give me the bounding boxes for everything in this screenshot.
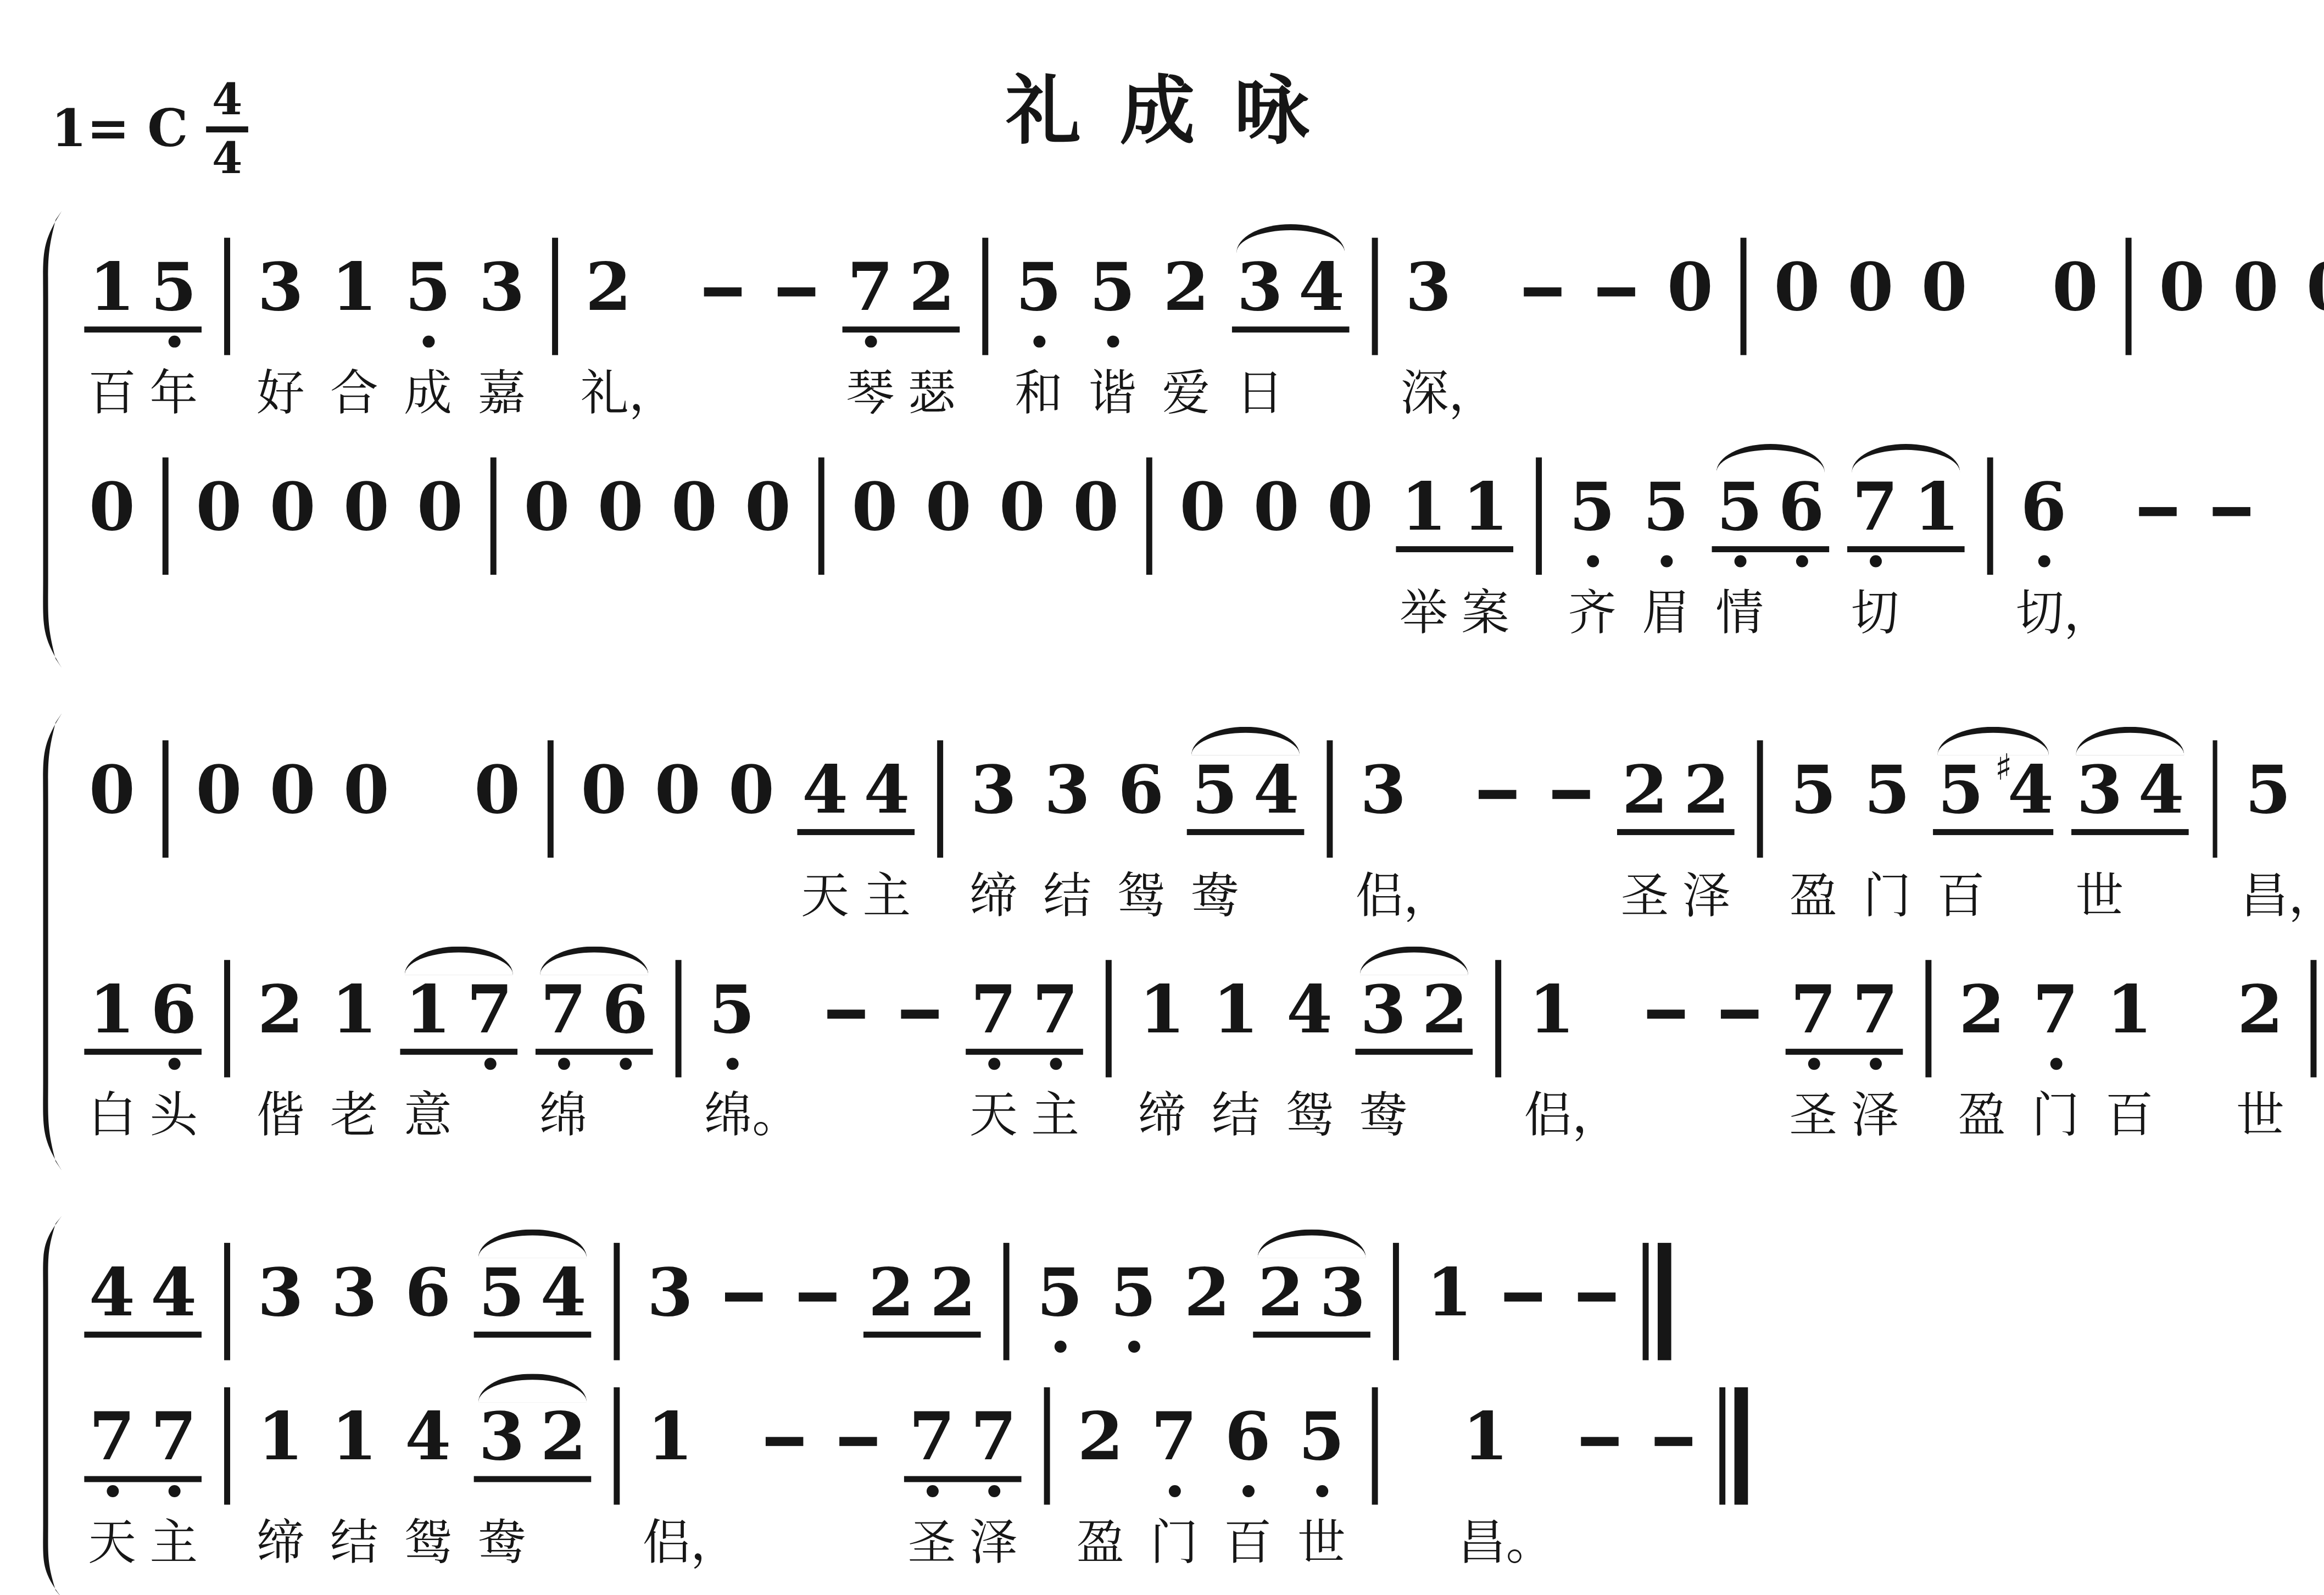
note-group: 1侣， bbox=[639, 1369, 742, 1583]
octave-dot-cell bbox=[1709, 554, 1770, 578]
note-cell: 3 bbox=[471, 1399, 532, 1483]
lyric-syllable bbox=[532, 1508, 594, 1583]
octave-dot-cell bbox=[336, 837, 397, 861]
lyric-syllable bbox=[2225, 358, 2286, 434]
note-group: 0 bbox=[664, 440, 725, 653]
note-digit: 1 bbox=[89, 250, 135, 328]
digits: 0 bbox=[664, 469, 725, 553]
note-cell: 1 bbox=[81, 972, 143, 1056]
lyric-syllable: 主 bbox=[1024, 1080, 1086, 1155]
lyric-row: 深， bbox=[1397, 358, 1500, 434]
lyric-row bbox=[929, 860, 950, 936]
lyric-syllable: 百 bbox=[1217, 1508, 1279, 1583]
barline-cell bbox=[668, 972, 689, 1056]
digits bbox=[1749, 752, 1770, 836]
octave-dot-row bbox=[1418, 1339, 1480, 1363]
lyric-syllable: 百 bbox=[2098, 1080, 2160, 1155]
note-cell: 0 bbox=[1065, 469, 1127, 553]
octave-dot-cell bbox=[466, 837, 528, 861]
rest-digit: 0 bbox=[474, 752, 520, 830]
lyric-row: 绵 bbox=[532, 1080, 656, 1155]
note-digit: 5 bbox=[1938, 752, 1984, 830]
note-digit: 2 bbox=[540, 1399, 587, 1477]
lyric-syllable bbox=[647, 860, 709, 936]
lyric-syllable: 泽 bbox=[963, 1508, 1024, 1583]
note-group: 5盈 bbox=[1782, 723, 1844, 936]
rest-digit: 0 bbox=[581, 752, 627, 830]
octave-dot-row bbox=[963, 837, 1024, 861]
octave-dot-row bbox=[1352, 1056, 1476, 1080]
beamed-digits: 34 bbox=[1229, 250, 1352, 334]
octave-dot-row bbox=[918, 554, 979, 578]
note-group: 0 bbox=[336, 440, 397, 653]
octave-dot-cell bbox=[397, 1339, 459, 1363]
beam-group: 11举案 bbox=[1393, 440, 1517, 653]
lyric-row bbox=[606, 1508, 627, 1583]
arc-row bbox=[1205, 942, 1267, 972]
note-digit: 5 bbox=[709, 972, 755, 1050]
note-group: 6切， bbox=[2013, 440, 2115, 653]
digits: 1 bbox=[639, 1399, 742, 1483]
rest-digit: 0 bbox=[1180, 469, 1226, 547]
low-octave-dot bbox=[926, 1485, 938, 1497]
arc-row bbox=[397, 220, 459, 250]
lyric-syllable: 齐 bbox=[1562, 578, 1623, 653]
digits bbox=[827, 1399, 889, 1483]
lyric-row: 鸯 bbox=[1184, 860, 1307, 936]
duration-dash bbox=[754, 1369, 815, 1583]
lyric-row bbox=[1172, 578, 1233, 653]
octave-dot-cell bbox=[1069, 1483, 1131, 1508]
barline bbox=[606, 1225, 627, 1363]
octave-dot-cell bbox=[409, 554, 471, 578]
lyric-syllable bbox=[81, 860, 143, 936]
system-bracket bbox=[33, 1225, 63, 1589]
note-cell: 7 bbox=[963, 972, 1024, 1056]
octave-dot-cell bbox=[516, 554, 577, 578]
duration-dash bbox=[1512, 220, 1573, 434]
note-cell: 1 bbox=[324, 972, 385, 1056]
lyric-syllable: 合 bbox=[324, 358, 385, 434]
lyric-row bbox=[1586, 358, 1647, 434]
note-cell: 2 bbox=[922, 1255, 984, 1339]
note-cell: 3 bbox=[963, 752, 1024, 836]
barline-cell bbox=[483, 469, 504, 553]
octave-dot-row bbox=[466, 837, 528, 861]
barline bbox=[155, 440, 176, 653]
note-group: 3侣， bbox=[1352, 723, 1454, 936]
arc-row bbox=[1586, 220, 1647, 250]
low-octave-dot bbox=[422, 336, 434, 348]
beam-group: 34日 bbox=[1229, 220, 1352, 434]
system-bracket bbox=[33, 723, 63, 1162]
lyric-row: 侣， bbox=[1352, 860, 1454, 936]
lyric-syllable bbox=[1065, 578, 1127, 653]
lyric-syllable: 缔 bbox=[250, 1508, 311, 1583]
lyric-syllable bbox=[1766, 358, 1827, 434]
note-cell: 0 bbox=[1766, 250, 1827, 334]
slur-arc bbox=[478, 1374, 587, 1402]
lyric-row bbox=[262, 860, 324, 936]
arc-row bbox=[397, 1225, 459, 1255]
digits: 0 bbox=[336, 752, 397, 836]
digits: 3 bbox=[1036, 752, 1098, 836]
note-group: 0 bbox=[1914, 220, 1975, 434]
note-group: 1缔 bbox=[1131, 942, 1192, 1155]
lyric-row: 合 bbox=[324, 358, 385, 434]
barline-cell bbox=[929, 752, 950, 836]
rest-digit: 0 bbox=[1253, 469, 1300, 547]
octave-dot-cell bbox=[250, 1339, 311, 1363]
lyric-row: 世 bbox=[2069, 860, 2192, 936]
lyric-syllable bbox=[188, 860, 249, 936]
arc-row bbox=[1393, 440, 1517, 470]
lyric-row: 侣， bbox=[639, 1508, 742, 1583]
octave-dot-row bbox=[1844, 554, 1968, 578]
barline-stroke bbox=[983, 238, 988, 355]
octave-dot-row bbox=[590, 554, 651, 578]
octave-dot-cell bbox=[2025, 1056, 2086, 1080]
note-cell: 5 bbox=[1102, 1255, 1164, 1339]
barline-stroke bbox=[2212, 740, 2217, 858]
note-digit: 7 bbox=[1852, 469, 1898, 547]
octave-dot-cell bbox=[991, 554, 1053, 578]
duration-dash bbox=[787, 1225, 848, 1363]
note-group: 6鸳 bbox=[1110, 723, 1172, 936]
note-digit: 1 bbox=[647, 1399, 693, 1477]
arc-row bbox=[1709, 440, 1832, 470]
octave-dot-row bbox=[1246, 554, 1307, 578]
note-digit: 4 bbox=[540, 1255, 587, 1333]
arc-row bbox=[1467, 723, 1528, 753]
octave-dot-row bbox=[754, 1483, 815, 1508]
arc-row bbox=[532, 942, 656, 972]
digits: 6 bbox=[1110, 752, 1172, 836]
digits: 0 bbox=[737, 469, 799, 553]
note-digit: 3 bbox=[1237, 250, 1283, 328]
note-cell: 0 bbox=[590, 469, 651, 553]
barline-stroke bbox=[548, 740, 554, 858]
note-digit: 6 bbox=[405, 1255, 451, 1333]
digits bbox=[1643, 1399, 1704, 1483]
lyric-syllable: 深， bbox=[1397, 358, 1500, 434]
octave-dot-row bbox=[1521, 1056, 1623, 1080]
note-group: 1合 bbox=[324, 220, 385, 434]
arc-row bbox=[1397, 220, 1500, 250]
system-body: 443365432255223177天主1缔1结4鸳32鸯1侣，77圣泽2盈7门… bbox=[75, 1225, 2303, 1589]
lyric-row: 偕 bbox=[250, 1080, 311, 1155]
barline-cell bbox=[155, 752, 176, 836]
arc-row bbox=[250, 220, 311, 250]
barline-stroke bbox=[163, 740, 168, 858]
note-digit: 7 bbox=[1151, 1399, 1197, 1477]
rest-digit: 0 bbox=[745, 469, 791, 547]
system-2: 0000000044天主3缔3结6鸳54鸯3侣，22圣泽5盈5门5♯4百34世5… bbox=[33, 723, 2303, 1162]
octave-dot-row bbox=[815, 1056, 877, 1080]
lyric-row bbox=[2299, 358, 2324, 434]
lyric-syllable: 盈 bbox=[1782, 860, 1844, 936]
octave-dot-cell bbox=[1992, 837, 2053, 861]
note-group: 5世 bbox=[1291, 1369, 1352, 1583]
octave-dot-cell bbox=[1024, 1056, 1086, 1080]
lyric-row bbox=[1766, 358, 1827, 434]
voice-line-2: 16白头2偕1老17意76绵5绵。77天主1缔1结4鸳32鸯1侣，77圣泽2盈7… bbox=[75, 942, 2303, 1155]
digits bbox=[544, 250, 565, 334]
note-cell: 0 bbox=[516, 469, 577, 553]
note-cell: 5 bbox=[1709, 469, 1770, 553]
arc-row bbox=[2044, 220, 2106, 250]
note-cell: 3 bbox=[1229, 250, 1290, 334]
note-cell: 5 bbox=[2237, 752, 2299, 836]
lyric-row bbox=[1980, 578, 2000, 653]
barline-cell bbox=[1488, 972, 1509, 1056]
octave-dot-cell bbox=[81, 334, 143, 358]
dash-cell bbox=[827, 1399, 889, 1483]
octave-dot-cell bbox=[324, 1483, 385, 1508]
note-digit: 1 bbox=[1462, 469, 1508, 547]
lyric-row bbox=[516, 578, 577, 653]
low-octave-dot bbox=[168, 1485, 180, 1497]
digits bbox=[540, 752, 561, 836]
arc-row bbox=[2225, 220, 2286, 250]
dash-mark bbox=[1647, 1010, 1685, 1018]
octave-dot-row bbox=[889, 1056, 951, 1080]
beamed-digits: 32 bbox=[471, 1399, 594, 1483]
lyric-row bbox=[1918, 1080, 1939, 1155]
octave-dot-row bbox=[827, 1483, 889, 1508]
lyric-syllable: 主 bbox=[856, 860, 917, 936]
arc-row bbox=[639, 1225, 701, 1255]
rest-digit: 0 bbox=[196, 469, 242, 547]
octave-dot-cell bbox=[901, 334, 962, 358]
octave-dot-row bbox=[2151, 334, 2212, 358]
dash-mark bbox=[1479, 790, 1516, 798]
octave-dot-row bbox=[1229, 334, 1352, 358]
note-digit: 2 bbox=[1258, 1255, 1304, 1333]
octave-dot-row bbox=[1586, 334, 1647, 358]
arc-row bbox=[2237, 723, 2324, 753]
barline-cell bbox=[1528, 469, 1549, 553]
lyric-row: 嘉 bbox=[471, 358, 532, 434]
digits bbox=[1918, 972, 1939, 1056]
note-digit: 1 bbox=[1139, 972, 1185, 1050]
note-group: 3 bbox=[324, 1225, 385, 1363]
low-octave-dot bbox=[1586, 555, 1598, 568]
note-digit: 2 bbox=[1684, 752, 1730, 830]
note-cell: 0 bbox=[262, 752, 324, 836]
note-cell: 5 bbox=[1930, 752, 1992, 836]
lyric-row: 百 bbox=[2098, 1080, 2160, 1155]
octave-dot-cell bbox=[2225, 334, 2286, 358]
arc-row bbox=[578, 220, 680, 250]
voice-line-1: 15百年3好1合5成3嘉2礼，72琴瑟5和5谐2爱34日3深，00000000 bbox=[75, 220, 2303, 434]
octave-dot-row bbox=[1036, 837, 1098, 861]
note-cell: 7 bbox=[459, 972, 520, 1056]
digits bbox=[155, 469, 176, 553]
octave-dot-cell bbox=[459, 1056, 520, 1080]
note-group: 1缔 bbox=[250, 1369, 311, 1583]
beamed-digits: 17 bbox=[397, 972, 521, 1056]
note-cell: 6 bbox=[1770, 469, 1832, 553]
arc-row bbox=[664, 440, 725, 470]
barline-stroke bbox=[225, 1243, 230, 1360]
digits bbox=[929, 752, 950, 836]
low-octave-dot bbox=[1734, 555, 1746, 568]
lyric-syllable: 鸳 bbox=[1279, 1080, 1340, 1155]
dash-mark bbox=[1504, 1292, 1542, 1301]
lyric-syllable bbox=[2131, 860, 2192, 936]
octave-dot-cell bbox=[901, 1483, 962, 1508]
rest-digit: 0 bbox=[1073, 469, 1119, 547]
note-digit: 6 bbox=[2020, 469, 2066, 547]
lyric-row: 昌。 bbox=[1454, 1508, 1557, 1583]
octave-dot-row bbox=[737, 554, 799, 578]
dash-mark bbox=[1578, 1292, 1615, 1301]
lyric-syllable: 泽 bbox=[1676, 860, 1737, 936]
lyric-syllable: 偕 bbox=[250, 1080, 311, 1155]
note-digit: 4 bbox=[2008, 752, 2054, 830]
note-group: 6百 bbox=[1217, 1369, 1279, 1583]
digits: 5 bbox=[1029, 1255, 1090, 1339]
barline bbox=[606, 1369, 627, 1583]
dash-mark bbox=[778, 287, 815, 296]
barline-stroke bbox=[1372, 1387, 1378, 1505]
digits bbox=[2204, 752, 2225, 836]
arc-row bbox=[1930, 723, 2057, 753]
note-digit: 7 bbox=[2032, 972, 2078, 1050]
octave-dot-cell bbox=[81, 1483, 143, 1508]
octave-dot-row bbox=[2098, 1056, 2160, 1080]
note-digit: 2 bbox=[1163, 250, 1209, 328]
arc-row bbox=[573, 723, 634, 753]
lyric-row: 好 bbox=[250, 358, 311, 434]
duration-dash bbox=[1569, 1369, 1630, 1583]
note-group: 1老 bbox=[324, 942, 385, 1155]
digits: 3 bbox=[639, 1255, 701, 1339]
arc-row bbox=[1643, 1369, 1704, 1399]
octave-dot-row bbox=[81, 1056, 205, 1080]
lyric-syllable: 百 bbox=[1930, 860, 1992, 936]
lyric-row bbox=[2201, 578, 2262, 653]
lyric-row bbox=[1036, 1508, 1057, 1583]
note-cell: 2 bbox=[901, 250, 962, 334]
octave-dot-cell bbox=[1036, 837, 1098, 861]
note-digit: 7 bbox=[1032, 972, 1078, 1050]
note-cell: 5 bbox=[1562, 469, 1623, 553]
lyric-syllable: 案 bbox=[1454, 578, 1516, 653]
low-octave-dot bbox=[1049, 1058, 1061, 1070]
note-group: 0 bbox=[466, 723, 528, 936]
note-digit: 5 bbox=[1298, 1399, 1345, 1477]
lyric-syllable: 举 bbox=[1393, 578, 1454, 653]
barline-stroke bbox=[938, 740, 943, 858]
lyric-row bbox=[2151, 358, 2212, 434]
low-octave-dot bbox=[1106, 336, 1118, 348]
dash-mark bbox=[827, 1010, 865, 1018]
arc-row bbox=[1566, 1225, 1628, 1255]
octave-dot-cell bbox=[1844, 554, 1906, 578]
lyric-row: 世 bbox=[2230, 1080, 2291, 1155]
dash-cell bbox=[713, 1255, 774, 1339]
octave-dot-row bbox=[1177, 1339, 1238, 1363]
note-group: 1侣， bbox=[1521, 942, 1623, 1155]
note-cell: 4 bbox=[1279, 972, 1340, 1056]
octave-dot-row bbox=[250, 1339, 311, 1363]
arc-row bbox=[1352, 723, 1454, 753]
rest-digit: 0 bbox=[417, 469, 463, 547]
octave-dot-cell bbox=[188, 837, 249, 861]
lyric-syllable: 鸯 bbox=[471, 1508, 532, 1583]
note-group: 5 bbox=[1102, 1225, 1164, 1363]
digits: 3 bbox=[1352, 752, 1454, 836]
dash-cell bbox=[1540, 752, 1602, 836]
digits: 1 bbox=[1454, 1399, 1557, 1483]
note-group: 0 bbox=[573, 723, 634, 936]
slur-arc bbox=[478, 1229, 587, 1258]
barline-stroke bbox=[2126, 238, 2131, 355]
lyric-row bbox=[81, 578, 143, 653]
arc-row bbox=[1250, 1225, 1374, 1255]
note-digit: 6 bbox=[1118, 752, 1164, 830]
barline-cell bbox=[540, 752, 561, 836]
digits: 5 bbox=[1782, 752, 1844, 836]
barline bbox=[996, 1225, 1017, 1363]
arc-row bbox=[1512, 220, 1573, 250]
arc-row bbox=[889, 942, 951, 972]
note-digit: 5 bbox=[1016, 250, 1062, 328]
beam-group: 56情 bbox=[1709, 440, 1832, 653]
note-group: 0 bbox=[1319, 440, 1381, 653]
arc-row bbox=[844, 440, 905, 470]
octave-dot-cell bbox=[250, 334, 311, 358]
note-cell: 2 bbox=[1614, 752, 1676, 836]
beamed-digits: 72 bbox=[839, 250, 963, 334]
octave-dot-cell bbox=[1082, 334, 1143, 358]
digits bbox=[1036, 1399, 1057, 1483]
lyric-syllable bbox=[516, 578, 577, 653]
octave-dot-cell bbox=[471, 1339, 532, 1363]
rest-digit: 0 bbox=[598, 469, 644, 547]
barline bbox=[216, 942, 237, 1155]
octave-dot-row bbox=[664, 554, 725, 578]
lyric-row bbox=[918, 578, 979, 653]
dash-cell bbox=[1709, 972, 1770, 1056]
lyric-syllable: 结 bbox=[1205, 1080, 1267, 1155]
note-cell: 7 bbox=[81, 1399, 143, 1483]
barline-stroke bbox=[1643, 1243, 1648, 1360]
arc-row bbox=[1279, 942, 1340, 972]
note-digit: 3 bbox=[1405, 250, 1451, 328]
lyric-row bbox=[2225, 358, 2286, 434]
lyric-syllable bbox=[1414, 1080, 1475, 1155]
lyric-row bbox=[737, 578, 799, 653]
sheet-music-page: 1= C 4 4 礼 成 咏 15百年3好1合5成3嘉2礼，72琴瑟5和5谐2爱… bbox=[0, 0, 2324, 1595]
octave-dot-cell bbox=[471, 1483, 532, 1508]
system-body: 15百年3好1合5成3嘉2礼，72琴瑟5和5谐2爱34日3深，000000000… bbox=[75, 220, 2303, 659]
score-area: 15百年3好1合5成3嘉2礼，72琴瑟5和5谐2爱34日3深，000000000… bbox=[0, 220, 2324, 1589]
arc-row bbox=[1614, 723, 1738, 753]
octave-dot-row bbox=[721, 837, 782, 861]
time-signature: 4 4 bbox=[206, 78, 248, 180]
barline-cell bbox=[1640, 1255, 1674, 1339]
octave-dot-cell bbox=[1172, 554, 1233, 578]
arc-row bbox=[1840, 220, 1901, 250]
slur-arc bbox=[1716, 444, 1825, 473]
note-cell: 0 bbox=[844, 469, 905, 553]
lyric-row: 绵。 bbox=[701, 1080, 803, 1155]
arc-row bbox=[471, 220, 532, 250]
note-digit: 1 bbox=[1401, 469, 1447, 547]
